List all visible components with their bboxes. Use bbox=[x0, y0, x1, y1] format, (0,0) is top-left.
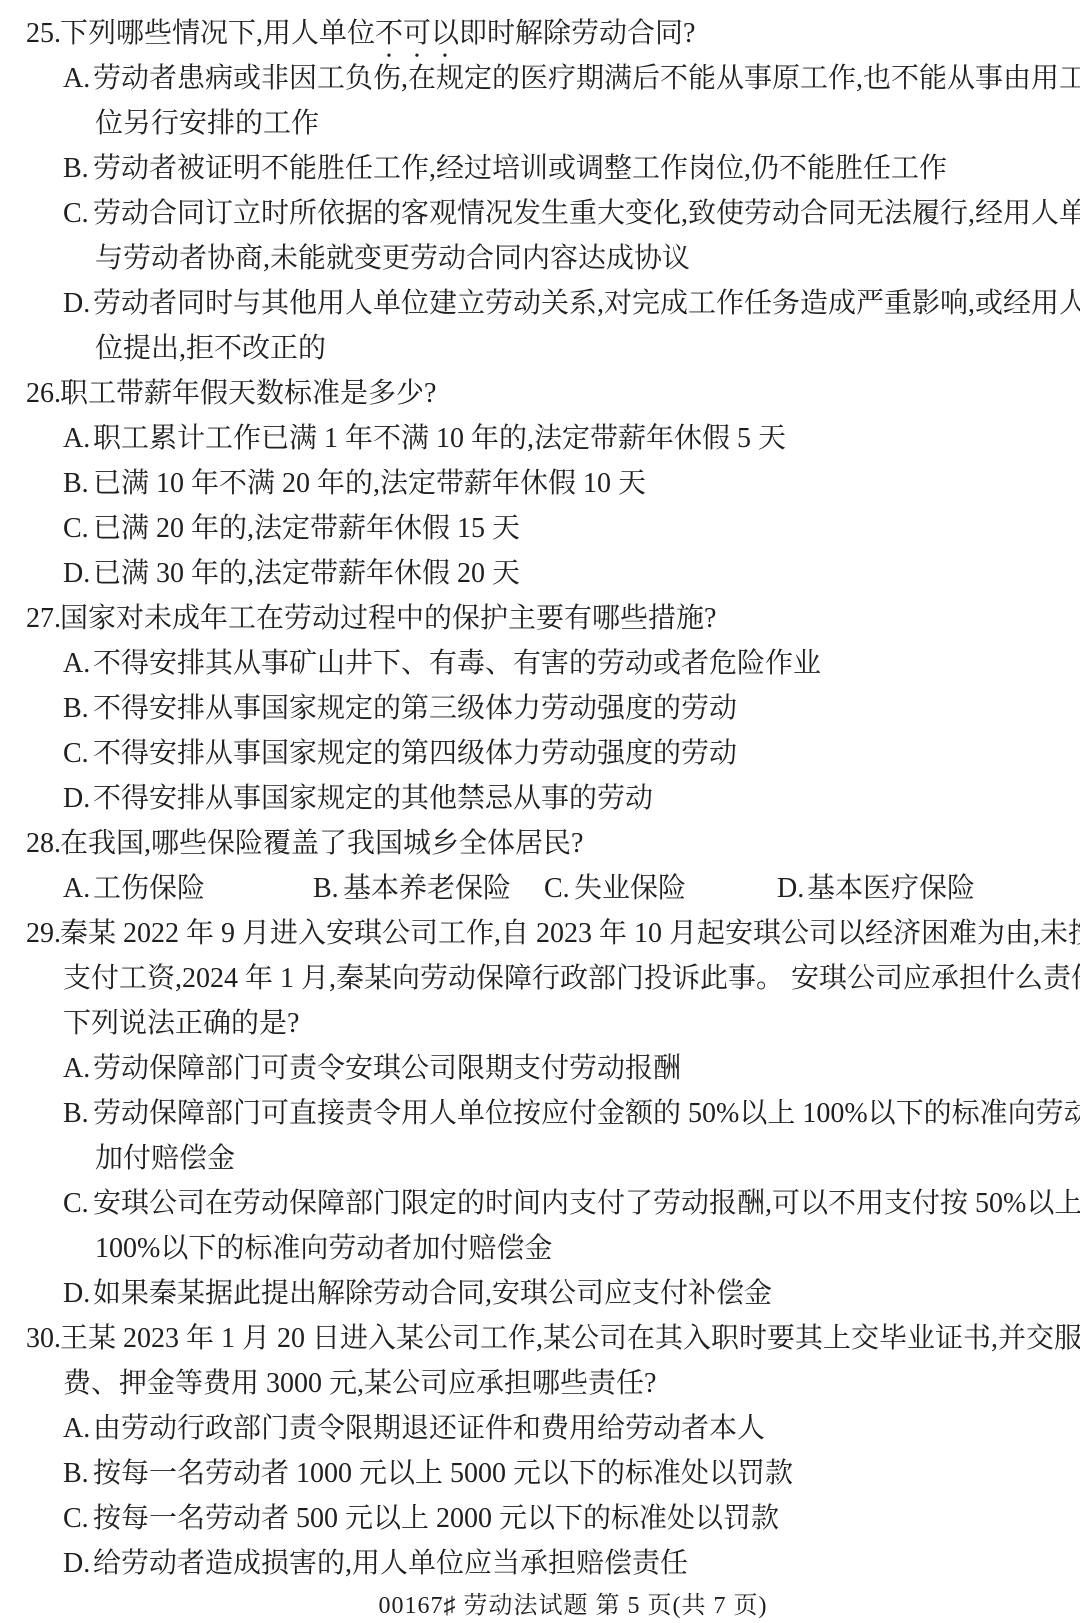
q30-option-b-label: B. bbox=[63, 1451, 93, 1496]
q29-option-c-wrap: 100%以下的标准向劳动者加付赔偿金 bbox=[0, 1226, 1080, 1271]
q30-stem-text: 王某 2023 年 1 月 20 日进入某公司工作,某公司在其入职时要其上交毕业… bbox=[60, 1323, 1080, 1354]
q29-option-d: D.如果秦某据此提出解除劳动合同,安琪公司应支付补偿金 bbox=[0, 1271, 1080, 1316]
q27-option-b-text: 不得安排从事国家规定的第三级体力劳动强度的劳动 bbox=[93, 693, 737, 724]
q29-stem-text: 秦某 2022 年 9 月进入安琪公司工作,自 2023 年 10 月起安琪公司… bbox=[60, 918, 1080, 949]
q29-option-c-label: C. bbox=[63, 1181, 93, 1226]
q26-option-b-label: B. bbox=[63, 461, 93, 506]
q29-stem: 29.秦某 2022 年 9 月进入安琪公司工作,自 2023 年 10 月起安… bbox=[0, 911, 1080, 956]
q25-option-c-wrap: 与劳动者协商,未能就变更劳动合同内容达成协议 bbox=[0, 236, 1080, 281]
q28-option-d: D.基本医疗保险 bbox=[777, 866, 975, 911]
q28-number: 28. bbox=[26, 821, 60, 866]
q27-option-b-label: B. bbox=[63, 686, 93, 731]
q29-option-b: B.劳动保障部门可直接责令用人单位按应付金额的 50%以上 100%以下的标准向… bbox=[0, 1091, 1080, 1136]
q30-option-c: C.按每一名劳动者 500 元以上 2000 元以下的标准处以罚款 bbox=[0, 1496, 1080, 1541]
q27-stem-text: 国家对未成年工在劳动过程中的保护主要有哪些措施? bbox=[60, 603, 716, 634]
q28-option-b: B.基本养老保险 bbox=[313, 866, 544, 911]
q28-options-row: A.工伤保险B.基本养老保险C.失业保险D.基本医疗保险 bbox=[0, 866, 1080, 911]
q28-option-a-text: 工伤保险 bbox=[93, 873, 205, 904]
q25-option-c-text: 劳动合同订立时所依据的客观情况发生重大变化,致使劳动合同无法履行,经用人单位 bbox=[93, 198, 1080, 229]
q29-stem-wrap-1: 支付工资,2024 年 1 月,秦某向劳动保障行政部门投诉此事。 安琪公司应承担… bbox=[0, 956, 1080, 1001]
q27-option-c: C.不得安排从事国家规定的第四级体力劳动强度的劳动 bbox=[0, 731, 1080, 776]
q29-option-b-label: B. bbox=[63, 1091, 93, 1136]
q30-stem: 30.王某 2023 年 1 月 20 日进入某公司工作,某公司在其入职时要其上… bbox=[0, 1316, 1080, 1361]
q30-option-a: A.由劳动行政部门责令限期退还证件和费用给劳动者本人 bbox=[0, 1406, 1080, 1451]
q25-stem-text-pre: 下列哪些情况下,用人单位 bbox=[60, 18, 375, 49]
q28-stem: 28.在我国,哪些保险覆盖了我国城乡全体居民? bbox=[0, 821, 1080, 866]
q30-option-b-text: 按每一名劳动者 1000 元以上 5000 元以下的标准处以罚款 bbox=[93, 1458, 793, 1489]
q29-option-d-text: 如果秦某据此提出解除劳动合同,安琪公司应支付补偿金 bbox=[93, 1278, 772, 1309]
q26-stem: 26.职工带薪年假天数标准是多少? bbox=[0, 371, 1080, 416]
q27-option-c-text: 不得安排从事国家规定的第四级体力劳动强度的劳动 bbox=[93, 738, 737, 769]
q29-option-d-label: D. bbox=[63, 1271, 93, 1316]
q28-option-c-label: C. bbox=[544, 866, 574, 911]
q25-option-b-text: 劳动者被证明不能胜任工作,经过培训或调整工作岗位,仍不能胜任工作 bbox=[93, 153, 947, 184]
q27-number: 27. bbox=[26, 596, 60, 641]
q25-option-b: B.劳动者被证明不能胜任工作,经过培训或调整工作岗位,仍不能胜任工作 bbox=[0, 146, 1080, 191]
q30-number: 30. bbox=[26, 1316, 60, 1361]
q27-option-d-text: 不得安排从事国家规定的其他禁忌从事的劳动 bbox=[93, 783, 653, 814]
q25-emphasized-text: 不可以 bbox=[375, 18, 459, 49]
q25-number: 25. bbox=[26, 11, 60, 56]
q30-option-d: D.给劳动者造成损害的,用人单位应当承担赔偿责任 bbox=[0, 1541, 1080, 1586]
q29-option-c-text: 安琪公司在劳动保障部门限定的时间内支付了劳动报酬,可以不用支付按 50%以上 bbox=[93, 1188, 1080, 1219]
q25-option-a: A.劳动者患病或非因工负伤,在规定的医疗期满后不能从事原工作,也不能从事由用工单 bbox=[0, 56, 1080, 101]
q30-option-a-label: A. bbox=[63, 1406, 93, 1451]
q29-option-a: A.劳动保障部门可责令安琪公司限期支付劳动报酬 bbox=[0, 1046, 1080, 1091]
q25-option-a-text: 劳动者患病或非因工负伤,在规定的医疗期满后不能从事原工作,也不能从事由用工单 bbox=[93, 63, 1080, 94]
q25-option-d-text: 劳动者同时与其他用人单位建立劳动关系,对完成工作任务造成严重影响,或经用人单 bbox=[93, 288, 1080, 319]
q29-option-b-text: 劳动保障部门可直接责令用人单位按应付金额的 50%以上 100%以下的标准向劳动… bbox=[93, 1098, 1080, 1129]
q29-option-a-label: A. bbox=[63, 1046, 93, 1091]
q29-option-c: C.安琪公司在劳动保障部门限定的时间内支付了劳动报酬,可以不用支付按 50%以上 bbox=[0, 1181, 1080, 1226]
exam-page: 25.下列哪些情况下,用人单位不可以即时解除劳动合同? A.劳动者患病或非因工负… bbox=[0, 0, 1080, 1623]
q27-option-a-label: A. bbox=[63, 641, 93, 686]
q26-option-c-text: 已满 20 年的,法定带薪年休假 15 天 bbox=[93, 513, 520, 544]
q26-option-d-text: 已满 30 年的,法定带薪年休假 20 天 bbox=[93, 558, 520, 589]
q28-stem-text: 在我国,哪些保险覆盖了我国城乡全体居民? bbox=[60, 828, 583, 859]
q30-stem-wrap-1: 费、押金等费用 3000 元,某公司应承担哪些责任? bbox=[0, 1361, 1080, 1406]
q26-option-a-label: A. bbox=[63, 416, 93, 461]
q27-option-a: A.不得安排其从事矿山井下、有毒、有害的劳动或者危险作业 bbox=[0, 641, 1080, 686]
q25-option-d: D.劳动者同时与其他用人单位建立劳动关系,对完成工作任务造成严重影响,或经用人单 bbox=[0, 281, 1080, 326]
q29-option-a-text: 劳动保障部门可责令安琪公司限期支付劳动报酬 bbox=[93, 1053, 681, 1084]
q27-stem: 27.国家对未成年工在劳动过程中的保护主要有哪些措施? bbox=[0, 596, 1080, 641]
q26-option-c-label: C. bbox=[63, 506, 93, 551]
q26-option-a: A.职工累计工作已满 1 年不满 10 年的,法定带薪年休假 5 天 bbox=[0, 416, 1080, 461]
q26-number: 26. bbox=[26, 371, 60, 416]
q27-option-c-label: C. bbox=[63, 731, 93, 776]
q27-option-d-label: D. bbox=[63, 776, 93, 821]
q30-option-a-text: 由劳动行政部门责令限期退还证件和费用给劳动者本人 bbox=[93, 1413, 765, 1444]
q26-option-c: C.已满 20 年的,法定带薪年休假 15 天 bbox=[0, 506, 1080, 551]
q30-option-d-label: D. bbox=[63, 1541, 93, 1586]
q25-stem: 25.下列哪些情况下,用人单位不可以即时解除劳动合同? bbox=[0, 11, 1080, 56]
q30-option-c-label: C. bbox=[63, 1496, 93, 1541]
q25-option-a-label: A. bbox=[63, 56, 93, 101]
q30-option-c-text: 按每一名劳动者 500 元以上 2000 元以下的标准处以罚款 bbox=[93, 1503, 779, 1534]
q29-option-b-wrap: 加付赔偿金 bbox=[0, 1136, 1080, 1181]
q29-stem-wrap-2: 下列说法正确的是? bbox=[0, 1001, 1080, 1046]
q27-option-b: B.不得安排从事国家规定的第三级体力劳动强度的劳动 bbox=[0, 686, 1080, 731]
q25-option-b-label: B. bbox=[63, 146, 93, 191]
q25-option-c: C.劳动合同订立时所依据的客观情况发生重大变化,致使劳动合同无法履行,经用人单位 bbox=[0, 191, 1080, 236]
q28-option-b-label: B. bbox=[313, 866, 343, 911]
q28-option-a-label: A. bbox=[63, 866, 93, 911]
q28-option-d-label: D. bbox=[777, 866, 807, 911]
q25-option-d-wrap: 位提出,拒不改正的 bbox=[0, 326, 1080, 371]
q28-option-d-text: 基本医疗保险 bbox=[807, 873, 975, 904]
q28-option-c-text: 失业保险 bbox=[574, 873, 686, 904]
q26-option-a-text: 职工累计工作已满 1 年不满 10 年的,法定带薪年休假 5 天 bbox=[93, 423, 786, 454]
q26-option-d: D.已满 30 年的,法定带薪年休假 20 天 bbox=[0, 551, 1080, 596]
q25-option-d-label: D. bbox=[63, 281, 93, 326]
q27-option-a-text: 不得安排其从事矿山井下、有毒、有害的劳动或者危险作业 bbox=[93, 648, 821, 679]
q29-number: 29. bbox=[26, 911, 60, 956]
q26-option-b-text: 已满 10 年不满 20 年的,法定带薪年休假 10 天 bbox=[93, 468, 646, 499]
q26-stem-text: 职工带薪年假天数标准是多少? bbox=[60, 378, 436, 409]
q25-stem-text-post: 即时解除劳动合同? bbox=[459, 18, 695, 49]
q30-option-b: B.按每一名劳动者 1000 元以上 5000 元以下的标准处以罚款 bbox=[0, 1451, 1080, 1496]
q30-option-d-text: 给劳动者造成损害的,用人单位应当承担赔偿责任 bbox=[93, 1548, 688, 1579]
q26-option-d-label: D. bbox=[63, 551, 93, 596]
q25-option-a-wrap: 位另行安排的工作 bbox=[0, 101, 1080, 146]
q28-option-c: C.失业保险 bbox=[544, 866, 777, 911]
q27-option-d: D.不得安排从事国家规定的其他禁忌从事的劳动 bbox=[0, 776, 1080, 821]
q25-option-c-label: C. bbox=[63, 191, 93, 236]
q28-option-a: A.工伤保险 bbox=[63, 866, 313, 911]
q28-option-b-text: 基本养老保险 bbox=[343, 873, 511, 904]
q26-option-b: B.已满 10 年不满 20 年的,法定带薪年休假 10 天 bbox=[0, 461, 1080, 506]
page-footer: 00167♯ 劳动法试题 第 5 页(共 7 页) bbox=[33, 1588, 1080, 1623]
